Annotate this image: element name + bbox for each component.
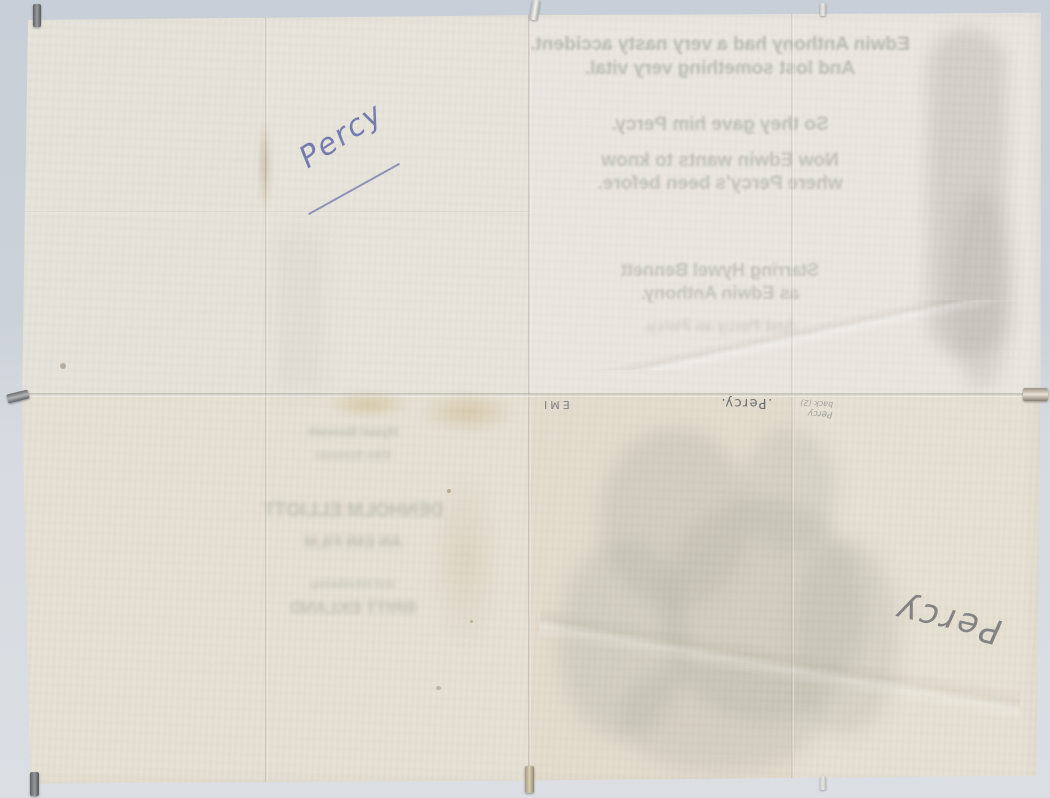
showthrough-line: Edwin Anthony had a very nasty accident.	[500, 34, 940, 56]
pushpin-right-middle	[1023, 388, 1048, 401]
handwriting-scribble: Percy back (2)	[799, 398, 833, 419]
showthrough-line: DENHOLM ELLIOTT	[228, 500, 478, 522]
showthrough-line: as Edwin Anthony.	[500, 283, 940, 304]
handwriting-emi-pencil: EMI	[541, 398, 570, 411]
showthrough-line: where Percy's been before.	[500, 173, 940, 195]
showthrough-band-lower	[950, 190, 1012, 390]
showthrough-text-bottom: Hywel Bennett Elke Sommer DENHOLM ELLIOT…	[228, 420, 478, 680]
showthrough-leaf-5	[618, 658, 823, 773]
pinhole-dot	[60, 363, 66, 369]
pushpin-bottom-right	[820, 776, 826, 790]
showthrough-streaks	[276, 228, 326, 393]
showthrough-line: Now Edwin wants to know	[500, 150, 940, 172]
showthrough-line: Starring Hywel Bennett	[500, 260, 940, 281]
speck-3	[436, 686, 441, 690]
showthrough-line: AN EMI FILM	[228, 534, 478, 552]
folded-poster-sheet: Edwin Anthony had a very nasty accident.…	[0, 0, 1050, 798]
showthrough-line: Elke Sommer	[228, 448, 478, 462]
handwriting-percy-dotted: .Percy.	[720, 395, 772, 410]
showthrough-line: Hywel Bennett	[228, 424, 478, 439]
showthrough-line: And lost something very vital.	[500, 58, 940, 80]
showthrough-leaf-6	[742, 428, 837, 553]
pushpin-bottom-center	[525, 766, 534, 793]
pushpin-top-right	[820, 3, 826, 16]
speck-2	[470, 620, 473, 623]
showthrough-line-faint: And Percy as Percy.	[500, 318, 940, 336]
showthrough-line: So they gave him Percy.	[500, 114, 940, 136]
speck-1	[447, 489, 451, 493]
pushpin-top-left	[33, 4, 41, 27]
showthrough-line: BRITT EKLAND	[228, 598, 478, 618]
photograph-of-poster-back: Edwin Anthony had a very nasty accident.…	[0, 0, 1050, 798]
pushpin-bottom-left	[30, 772, 39, 796]
showthrough-text-top: Edwin Anthony had a very nasty accident.…	[500, 34, 940, 354]
showthrough-line: and introducing	[228, 578, 478, 590]
